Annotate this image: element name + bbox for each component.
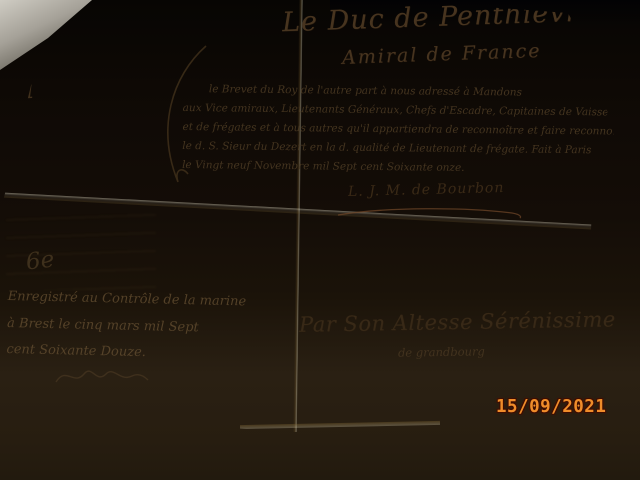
registrar-paraph [52,356,152,398]
bottom-fold-crease [240,421,440,429]
document-subtitle: Amiral de France [342,39,563,69]
camera-date-stamp: 15/09/2021 [496,397,606,417]
vertical-fold-crease [293,0,303,434]
secretary-signature: de grandbourg [398,344,485,360]
photo-of-document: Le Duc de Penthievre Amiral de France Vu… [0,0,640,480]
body-paragraph: le Brevet du Roy de l'autre part à nous … [182,80,613,179]
registration-mark: 6e [25,247,56,276]
closing-formula: Par Son Altesse Sérénissime [299,307,616,337]
body-drop-cap: Vu [0,75,35,107]
ducal-signature: L. J. M. de Bourbon [348,180,505,200]
signature-underline-flourish [336,203,526,227]
body-line: le Vingt neuf Novembre mil Sept cent Soi… [182,156,612,180]
